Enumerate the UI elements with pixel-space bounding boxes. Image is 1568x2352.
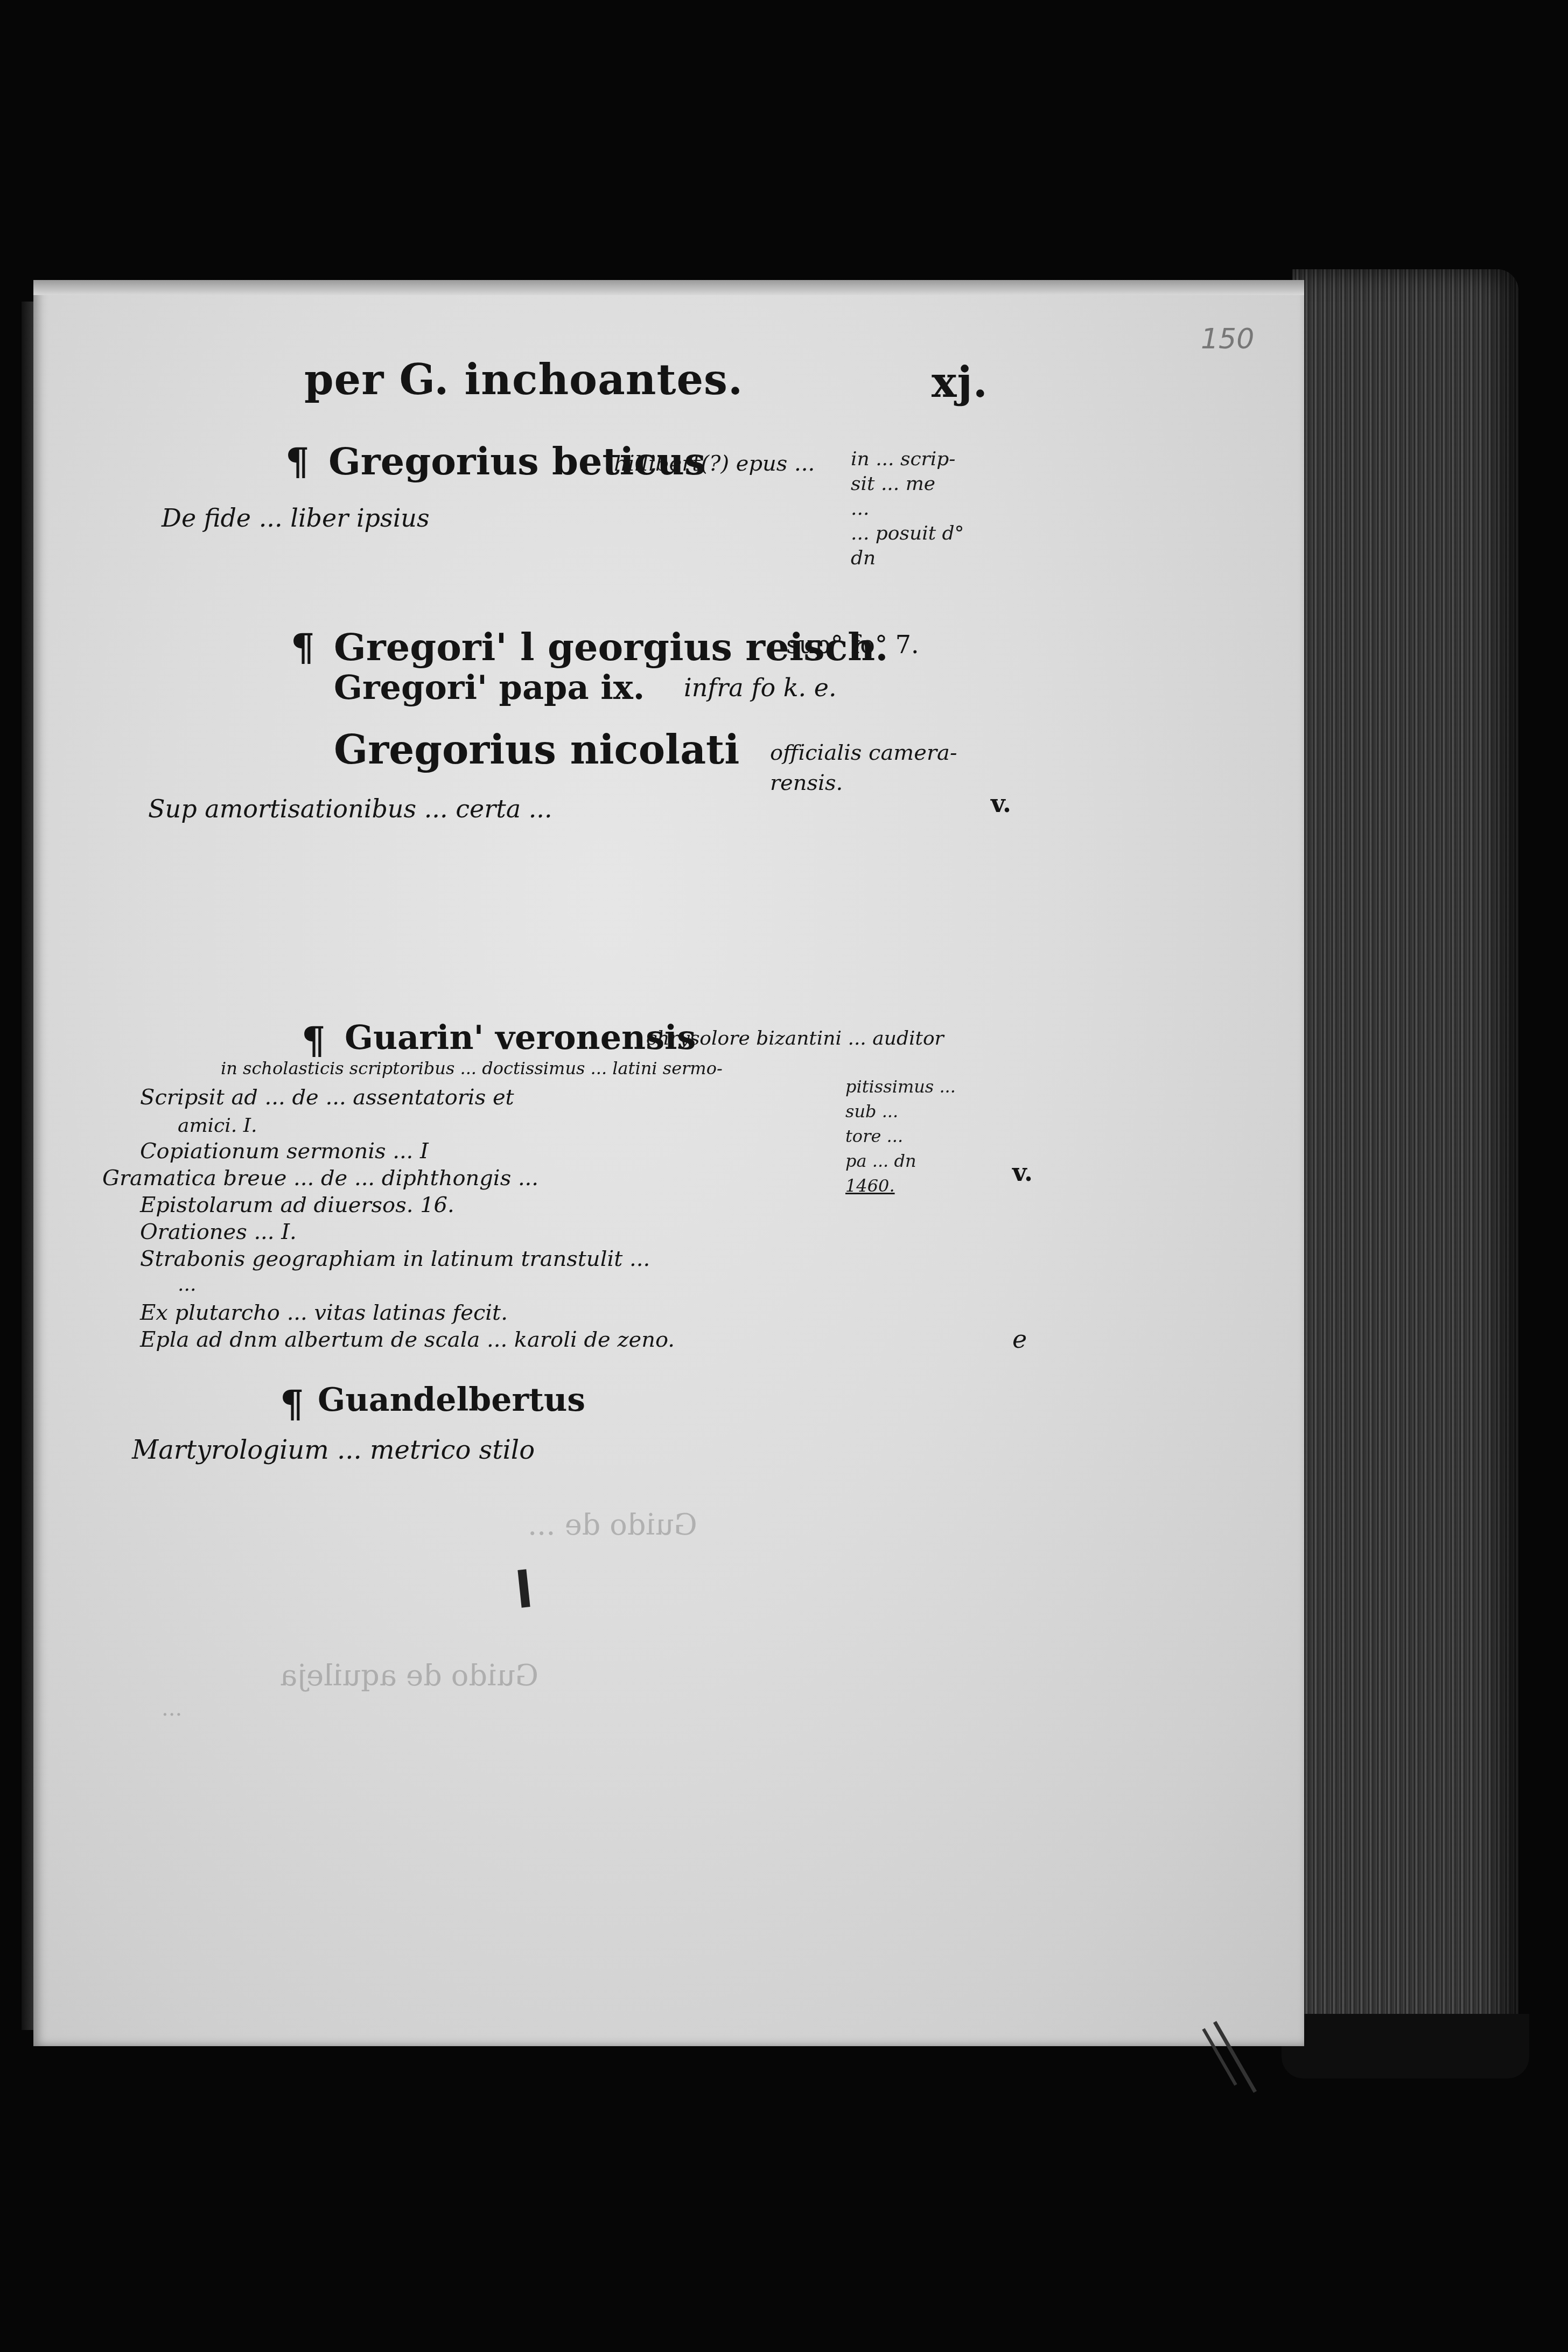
running-heading: per G. inchoantes. xyxy=(304,355,743,404)
page-top-edge xyxy=(33,280,1304,295)
entry-name: Gregori' papa ix. xyxy=(334,668,645,707)
paragraph-mark: ¶ xyxy=(280,1381,304,1426)
entry-line: Martyrologium ... metrico stilo xyxy=(132,1435,535,1465)
book-fore-edge-shadow xyxy=(1282,2014,1529,2078)
entry-line: Scripsit ad ... de ... assentatoris et xyxy=(140,1085,514,1110)
entry-line: Sup amortisationibus ... certa ... xyxy=(148,794,552,823)
side-mark: v. xyxy=(991,789,1011,818)
end-mark: e xyxy=(1012,1325,1027,1354)
entry-note: sup° fo° 7. xyxy=(786,630,919,659)
show-through-text: Guido de ... xyxy=(528,1508,697,1542)
book-fore-edge xyxy=(1292,269,1518,2062)
entry-name: Guarin' veronensis xyxy=(345,1018,696,1057)
entry-line: Copiationum sermonis ... I xyxy=(140,1139,429,1164)
paragraph-mark: ¶ xyxy=(285,439,310,484)
entry-sub-line: in scholasticis scriptoribus ... doctiss… xyxy=(221,1058,723,1079)
paragraph-mark: ¶ xyxy=(291,625,315,669)
entry-note: hillibert(?) epus ... xyxy=(614,451,815,476)
entry-line: Epla ad dnm albertum de scala ... karoli… xyxy=(140,1327,675,1352)
show-through-text: ... xyxy=(162,1696,182,1721)
paragraph-mark: ¶ xyxy=(302,1018,326,1062)
entry-line: amici. I. xyxy=(178,1115,257,1137)
margin-note: in ... scrip- sit ... me ... ... posuit … xyxy=(851,447,964,571)
side-mark: v. xyxy=(1012,1158,1033,1187)
entry-note: infra fo k. e. xyxy=(684,673,837,702)
entry-line: Orationes ... I. xyxy=(140,1220,297,1244)
entry-line: Epistolarum ad diuersos. 16. xyxy=(140,1193,454,1217)
entry-note: chrysolore bizantini ... auditor xyxy=(646,1027,944,1049)
entry-line: De fide ... liber ipsius xyxy=(162,503,430,533)
folio-number: 150 xyxy=(1201,323,1254,355)
section-number: xj. xyxy=(932,358,988,407)
entry-line: Ex plutarcho ... vitas latinas fecit. xyxy=(140,1300,508,1325)
entry-name: Guandelbertus xyxy=(318,1381,585,1419)
entry-note: officialis camera- rensis. xyxy=(770,738,1023,798)
entry-name: Gregorius nicolati xyxy=(334,727,739,773)
margin-note: pitissimus ... sub ... tore ... pa ... d… xyxy=(845,1074,956,1198)
show-through-text: Guido de aquileja xyxy=(280,1658,538,1692)
entry-line: Gramatica breue ... de ... diphthongis .… xyxy=(102,1166,538,1191)
entry-line: ... xyxy=(178,1273,196,1296)
entry-line: Strabonis geographiam in latinum transtu… xyxy=(140,1247,650,1271)
